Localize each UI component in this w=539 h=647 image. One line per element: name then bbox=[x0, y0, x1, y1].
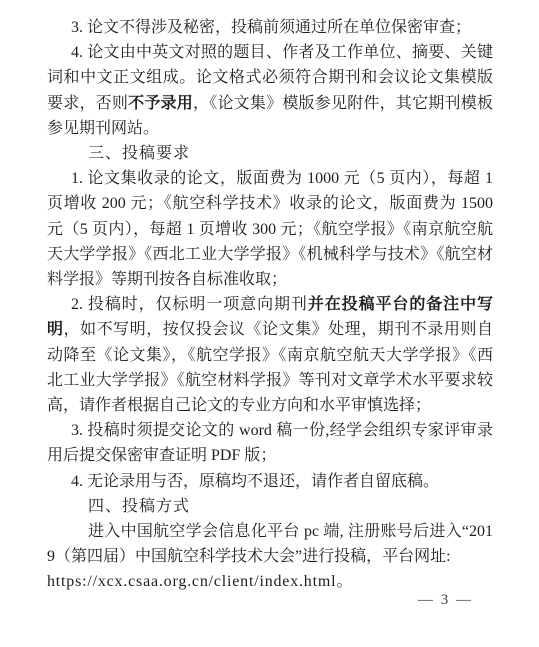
section-4-heading: 四、投稿方式 bbox=[47, 494, 493, 519]
text-segment: 3. 投稿时须提交论文的 word 稿一份,经学会组织专家评审录用后提交保密审查… bbox=[47, 422, 493, 464]
text-segment: 2. 投稿时，仅标明一项意向期刊 bbox=[71, 296, 308, 313]
requirement-4-no-return: 4. 无论录用与否，原稿均不退还，请作者自留底稿。 bbox=[47, 469, 493, 494]
text-segment: 4. 无论录用与否，原稿均不退还，请作者自留底稿。 bbox=[71, 473, 439, 490]
text-segment: 3. 论文不得涉及秘密，投稿前须通过所在单位保密审查； bbox=[71, 19, 471, 36]
text-segment: ，如不写明，按仅投会议《论文集》处理，期刊不录用则自动降至《论文集》，《航空学报… bbox=[47, 321, 493, 414]
text-segment: 三、投稿要求 bbox=[88, 145, 190, 162]
requirement-3-word-pdf: 3. 投稿时须提交论文的 word 稿一份,经学会组织专家评审录用后提交保密审查… bbox=[47, 418, 493, 468]
text-segment: 进入中国航空学会信息化平台 pc 端, 注册账号后进入“2019（第四届）中国航… bbox=[47, 523, 493, 565]
requirement-2-journal-choice: 2. 投稿时，仅标明一项意向期刊并在投稿平台的备注中写明，如不写明，按仅投会议《… bbox=[47, 292, 493, 418]
scanned-document-page: 3. 论文不得涉及秘密，投稿前须通过所在单位保密审查；4. 论文由中英文对照的题… bbox=[0, 0, 539, 647]
text-segment: 四、投稿方式 bbox=[88, 498, 190, 515]
submission-platform-instructions: 进入中国航空学会信息化平台 pc 端, 注册账号后进入“2019（第四届）中国航… bbox=[47, 519, 493, 569]
section-3-heading: 三、投稿要求 bbox=[47, 141, 493, 166]
document-body: 3. 论文不得涉及秘密，投稿前须通过所在单位保密审查；4. 论文由中英文对照的题… bbox=[47, 15, 493, 595]
clause-4-format: 4. 论文由中英文对照的题目、作者及工作单位、摘要、关键词和中文正文组成。论文格… bbox=[47, 40, 493, 141]
page-number: — 3 — bbox=[418, 592, 473, 609]
clause-3-secrecy: 3. 论文不得涉及秘密，投稿前须通过所在单位保密审查； bbox=[47, 15, 493, 40]
bold-text-segment: 不予录用 bbox=[128, 95, 193, 112]
text-segment: https://xcx.csaa.org.cn/client/index.htm… bbox=[47, 573, 353, 590]
requirement-1-page-fees: 1. 论文集收录的论文，版面费为 1000 元（5 页内），每超 1 页增收 2… bbox=[47, 166, 493, 292]
platform-url: https://xcx.csaa.org.cn/client/index.htm… bbox=[47, 569, 493, 594]
text-segment: 1. 论文集收录的论文，版面费为 1000 元（5 页内），每超 1 页增收 2… bbox=[47, 170, 493, 288]
